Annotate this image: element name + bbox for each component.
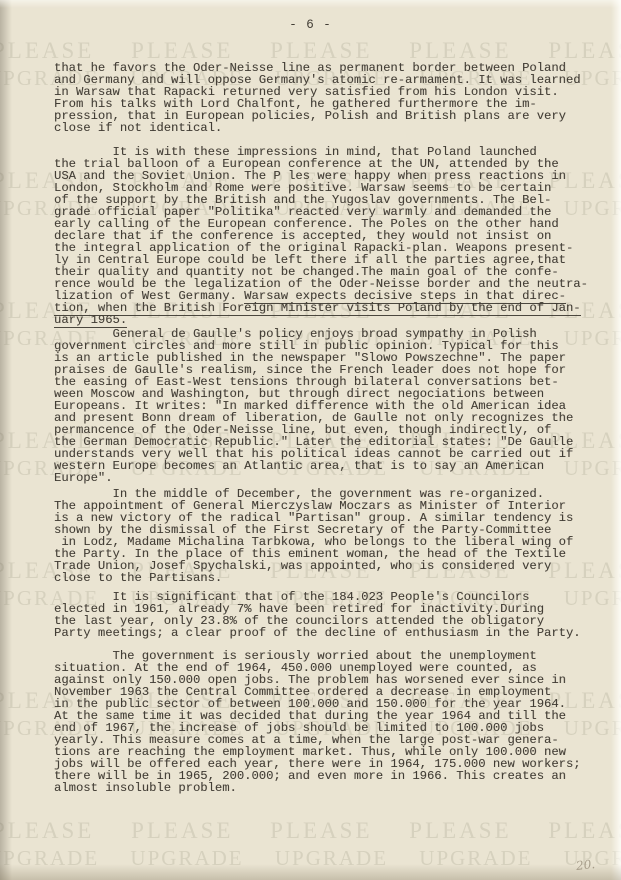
- handwritten-page-note: 20.: [575, 857, 595, 873]
- underlined-text: tion, when the British Foreign Minister …: [54, 301, 581, 316]
- paragraph: General de Gaulle's policy enjoys broad …: [54, 328, 610, 484]
- watermark-row-please: PLEASE PLEASE PLEASE PLEASE PLEASE: [0, 818, 621, 844]
- scan-edge-top: [0, 0, 621, 8]
- page-number: - 6 -: [0, 18, 621, 32]
- paragraph: The government is seriously worried abou…: [54, 650, 610, 794]
- paragraph: In the middle of December, the governmen…: [54, 488, 610, 584]
- text-line: close if not identical.: [54, 122, 610, 134]
- text-line: western Europe becomes an Atlantic area,…: [54, 460, 610, 472]
- paragraph: It is significant that of the 184.023 Pe…: [54, 591, 610, 639]
- text-line: close to the Partisans.: [54, 572, 610, 584]
- document-body: that he favors the Oder-Neisse line as p…: [54, 62, 610, 794]
- text-line: Party meetings; a clear proof of the dec…: [54, 627, 610, 639]
- text-line: Europe".: [54, 472, 610, 484]
- document-page: PLEASE PLEASE PLEASE PLEASE PLEASE UPGRA…: [0, 0, 621, 880]
- watermark-row-upgrade: UPGRADE UPGRADE UPGRADE UPGRADE UPGRADE: [0, 846, 621, 871]
- underlined-text: uary 1965.: [54, 313, 127, 328]
- paragraph: that he favors the Oder-Neisse line as p…: [54, 62, 610, 134]
- text-line: tion, when the British Foreign Minister …: [54, 302, 610, 314]
- paragraph: It is with these impressions in mind, th…: [54, 146, 610, 326]
- text-line: almost insoluble problem.: [54, 782, 610, 794]
